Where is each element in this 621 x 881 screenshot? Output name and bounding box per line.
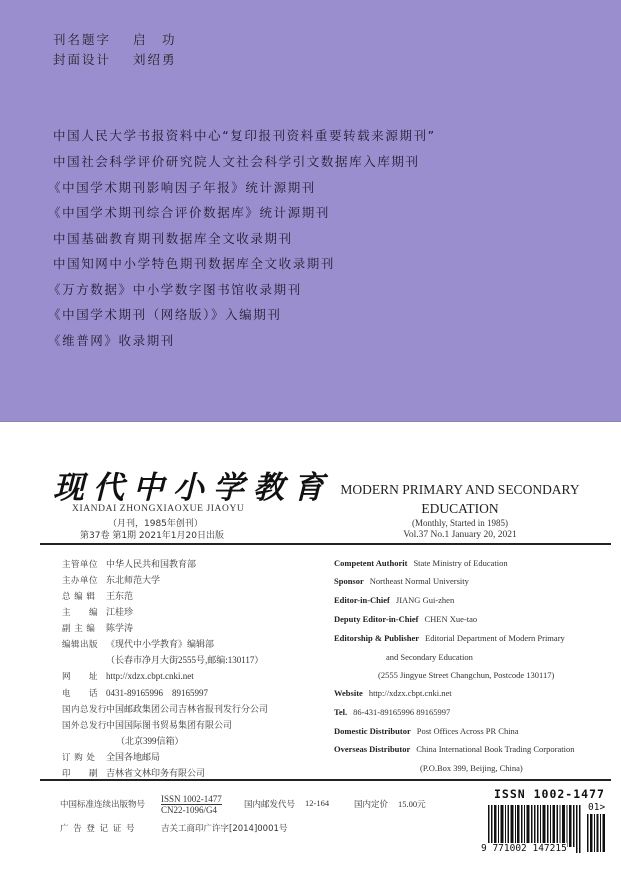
info-value: JIANG Gui-zhen [396,595,454,605]
divider-bottom [40,779,611,781]
info-label: 网 址 [62,670,102,682]
en-info-row: Tel.86-431-89165996 89165997 [334,707,450,717]
journal-title-pinyin: XIANDAI ZHONGXIAOXUE JIAOYU [72,504,244,514]
zh-info-row: 印 刷吉林省文林印务有限公司 [62,766,205,779]
info-value: China International Book Trading Corpora… [416,744,574,754]
info-value: 东北师范大学 [106,575,160,585]
info-label: 主管单位 [62,558,102,570]
info-label: 主办单位 [62,574,102,586]
credit-cover-design: 封面设计刘绍勇 [53,50,177,68]
index-listing: 《万方数据》中小学数字图书馆收录期刊 [48,280,302,298]
en-info-row: Competent AuthoritState Ministry of Educ… [334,558,508,568]
info-value: （长春市净月大街2555号,邮编:130117） [106,655,263,665]
index-listing: 中国人民大学书报资料中心“复印报刊资料重要转载来源期刊” [53,126,436,144]
journal-title-zh: 现代中小学教育 [53,462,333,507]
zh-info-row: 主管单位中华人民共和国教育部 [62,557,196,570]
info-value: 0431-89165996 89165997 [106,688,208,698]
issn-cn-fraction: ISSN 1002-1477 CN22-1096/G4 [161,794,222,815]
postal-label: 国内邮发代号 [244,798,295,810]
website-link[interactable]: http://xdzx.cbpt.cnki.net [369,688,452,698]
info-value: 中华人民共和国教育部 [106,559,196,569]
zh-info-row: 电 话0431-89165996 89165997 [62,686,208,699]
issue-info-zh: 第37卷 第1期 2021年1月20日出版 [80,528,224,541]
info-label: Overseas Distributor [334,744,410,754]
info-value: and Secondary Education [386,652,473,662]
frequency-en: (Monthly, Started in 1985) [330,518,590,528]
info-value: Post Offices Across PR China [417,726,519,736]
info-value: 陈学涛 [106,623,133,633]
en-info-row: (P.O.Box 399, Beijing, China) [414,763,523,773]
info-value: 中国国际图书贸易集团有限公司 [106,720,232,730]
info-value: 吉林省文林印务有限公司 [106,768,205,778]
info-value: 王东范 [106,591,133,601]
info-label: Domestic Distributor [334,726,411,736]
en-info-row: (2555 Jingyue Street Changchun, Postcode… [372,670,554,680]
info-value: 全国各地邮局 [106,752,160,762]
info-label: 国外总发行 [62,719,102,731]
index-listing: 《中国学术期刊影响因子年报》统计源期刊 [48,178,316,196]
en-info-row: Domestic DistributorPost Offices Across … [334,726,519,736]
journal-title-en-line1: MODERN PRIMARY AND SECONDARY [330,480,590,499]
info-label: 印 刷 [62,767,102,779]
info-label: Sponsor [334,576,364,586]
info-value: State Ministry of Education [413,558,507,568]
info-label: Competent Authorit [334,558,407,568]
journal-title-en-line2: EDUCATION [330,499,590,518]
info-value: 86-431-89165996 89165997 [353,707,450,717]
en-info-row: Editorship & PublisherEditorial Departme… [334,633,565,643]
credit-value: 刘绍勇 [133,52,177,67]
barcode-digits: 9 771002 147215 [481,843,567,854]
info-value: Editorial Department of Modern Primary [425,633,565,643]
issn-number: ISSN 1002-1477 [161,794,222,805]
index-listing: 《维普网》收录期刊 [48,331,175,349]
zh-info-row: 编辑出版《现代中小学教育》编辑部 [62,637,214,650]
zh-info-row: （长春市净月大街2555号,邮编:130117） [62,653,263,666]
masthead-section: 现代中小学教育 XIANDAI ZHONGXIAOXUE JIAOYU （月刊，… [0,422,621,881]
zh-info-row: （北京399信箱） [62,734,184,747]
index-listing: 《中国学术期刊综合评价数据库》统计源期刊 [48,203,330,221]
en-info-row: Deputy Editor-in-ChiefCHEN Xue-tao [334,614,477,624]
info-value: Northeast Normal University [370,576,469,586]
credit-label: 刊名题字 [53,32,111,47]
zh-info-row: 订 购 处全国各地邮局 [62,750,160,763]
barcode-addon-digits: 01> [588,802,605,813]
info-value: 《现代中小学教育》编辑部 [106,639,214,649]
info-value: 江桂珍 [106,607,133,617]
info-label: 订 购 处 [62,751,102,763]
credit-value: 启 功 [133,32,177,47]
addon-barcode-icon [587,814,607,852]
zh-info-row: 主 编江桂珍 [62,605,133,618]
zh-info-row: 网 址http://xdzx.cbpt.cnki.net [62,670,194,682]
zh-info-row: 副 主 编陈学涛 [62,621,133,634]
info-label: Editor-in-Chief [334,595,390,605]
en-info-row: SponsorNortheast Normal University [334,576,469,586]
website-link[interactable]: http://xdzx.cbpt.cnki.net [106,671,194,681]
zh-info-row: 主办单位东北师范大学 [62,573,160,586]
info-value: CHEN Xue-tao [424,614,477,624]
info-value: (P.O.Box 399, Beijing, China) [420,763,523,773]
index-listing: 中国知网中小学特色期刊数据库全文收录期刊 [53,254,335,272]
en-info-row: Overseas DistributorChina International … [334,744,574,754]
ad-license-label: 广 告 登 记 证 号 [60,822,136,834]
info-value: 中国邮政集团公司吉林省报刊发行分公司 [106,704,268,714]
zh-info-row: 总 编 辑王东范 [62,589,133,602]
price: 15.00元 [398,798,426,810]
info-value: （北京399信箱） [116,736,184,746]
journal-title-en: MODERN PRIMARY AND SECONDARY EDUCATION [330,480,590,518]
info-label: 总 编 辑 [62,590,102,602]
en-info-row: Websitehttp://xdzx.cbpt.cnki.net [334,688,452,698]
info-label: Tel. [334,707,347,717]
info-label: 电 话 [62,687,102,699]
info-label: Editorship & Publisher [334,633,419,643]
index-listing: 中国社会科学评价研究院人文社会科学引文数据库入库期刊 [53,152,420,170]
barcode-issn: ISSN 1002-1477 [494,787,605,801]
divider-top [40,543,611,545]
info-label: 副 主 编 [62,622,102,634]
info-label: Website [334,688,363,698]
info-label: 国内总发行 [62,703,102,715]
info-label: 主 编 [62,606,102,618]
postal-code: 12-164 [305,798,329,808]
en-info-row: Editor-in-ChiefJIANG Gui-zhen [334,595,454,605]
en-info-row: and Secondary Education [380,652,473,662]
info-label: 编辑出版 [62,638,102,650]
index-listing: 中国基础教育期刊数据库全文收录期刊 [53,229,293,247]
ad-license-value: 吉关工商印广许字[2014]0001号 [161,822,287,834]
info-label: Deputy Editor-in-Chief [334,614,418,624]
credit-title-calligraphy: 刊名题字启 功 [53,30,177,48]
zh-info-row: 国内总发行中国邮政集团公司吉林省报刊发行分公司 [62,702,268,715]
zh-info-row: 国外总发行中国国际图书贸易集团有限公司 [62,718,232,731]
index-listing: 《中国学术期刊（网络版）》入编期刊 [48,305,281,323]
credit-label: 封面设计 [53,52,111,67]
price-label: 国内定价 [354,798,388,810]
serial-label: 中国标准连续出版物号 [60,798,145,810]
info-value: (2555 Jingyue Street Changchun, Postcode… [378,670,554,680]
cn-number: CN22-1096/G4 [161,805,217,815]
cover-purple-panel: 刊名题字启 功 封面设计刘绍勇 中国人民大学书报资料中心“复印报刊资料重要转载来… [0,0,621,422]
issue-info-en: Vol.37 No.1 January 20, 2021 [330,530,590,540]
